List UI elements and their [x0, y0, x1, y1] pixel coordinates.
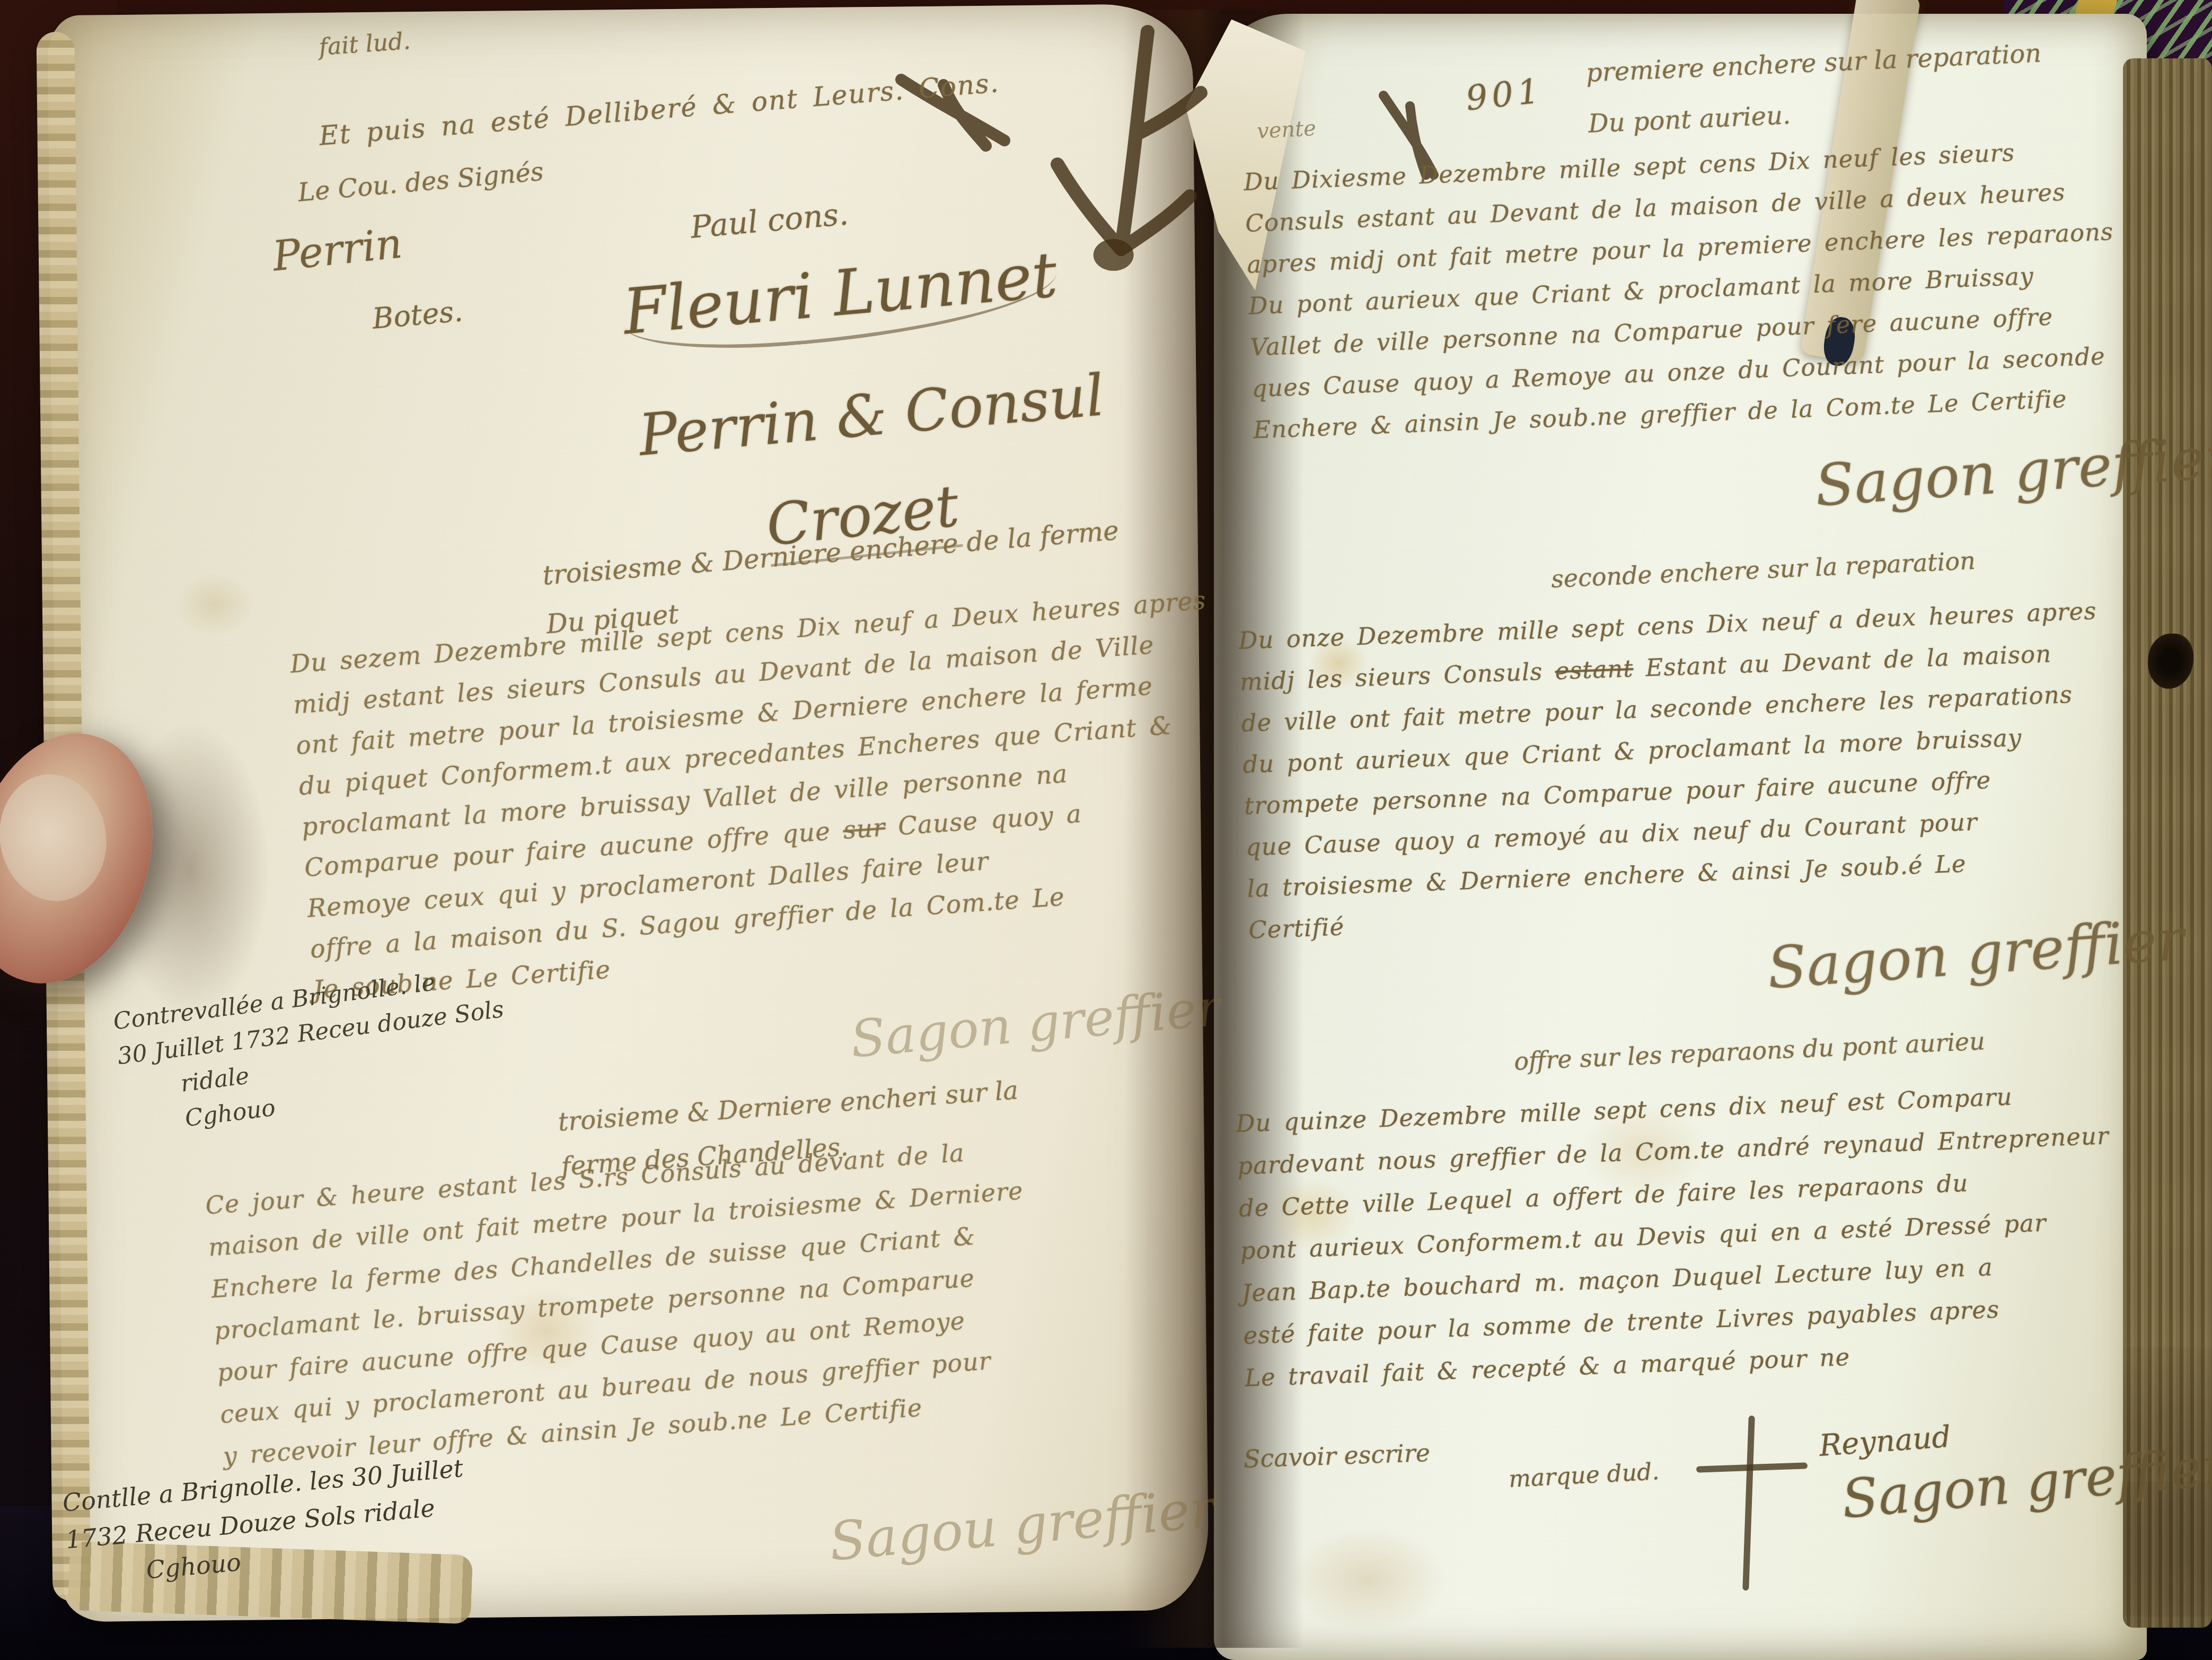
- fore-edge-page-stack: [2123, 58, 2212, 1628]
- right-heading: premiere enchere sur la reparationDu pon…: [1585, 28, 2044, 149]
- right-entry2-body: Du onze Dezembre mille sept cens Dix neu…: [1238, 590, 2108, 951]
- manuscript-photo: fait lud. Et puis na esté Delliberé & on…: [0, 0, 2212, 1660]
- right-entry1-body: Du Dixiesme Dezembre mille sept cens Dix…: [1243, 128, 2121, 451]
- entry1-body: Du sezem Dezembre mille sept cens Dix ne…: [289, 580, 1230, 1011]
- entry2-body: Ce jour & heure estant les S.rs Consuls …: [204, 1128, 1039, 1478]
- right-corner-note: vente: [1256, 116, 1317, 144]
- right-entry3-body: Du quinze Dezembre mille sept cens dix n…: [1235, 1073, 2117, 1400]
- page-number: 901: [1464, 72, 1545, 119]
